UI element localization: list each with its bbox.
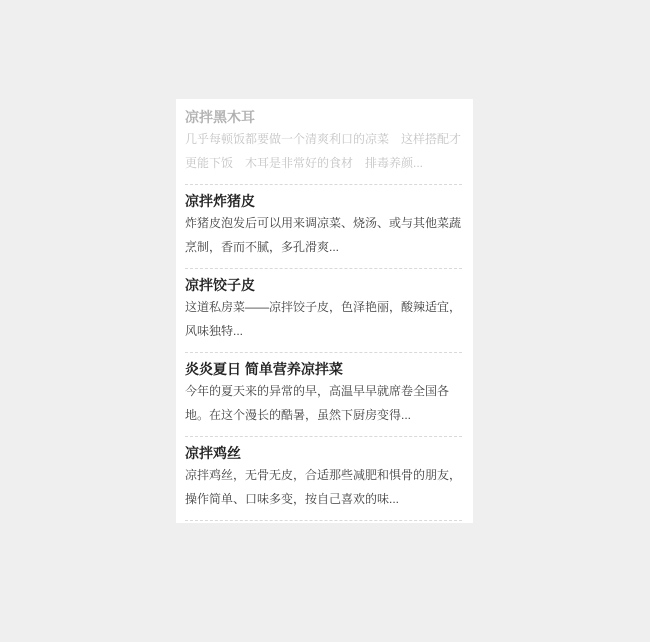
article-title: 凉拌黑木耳 xyxy=(185,107,462,127)
article-summary: 今年的夏天来的异常的早，高温早早就席卷全国各地。在这个漫长的酷暑，虽然下厨房变得… xyxy=(185,379,462,427)
article-item[interactable]: 凉拌鸡丝 凉拌鸡丝，无骨无皮，合适那些减肥和惧骨的朋友，操作简单、口味多变，按自… xyxy=(185,437,462,521)
article-item[interactable]: 凉拌黑木耳 几乎每顿饭都要做一个清爽利口的凉菜 这样搭配才更能下饭 木耳是非常好… xyxy=(185,101,462,185)
article-title: 凉拌饺子皮 xyxy=(185,275,462,295)
article-item[interactable]: 炎炎夏日 简单营养凉拌菜 今年的夏天来的异常的早，高温早早就席卷全国各地。在这个… xyxy=(185,353,462,437)
recipe-article-list-card: 凉拌黑木耳 几乎每顿饭都要做一个清爽利口的凉菜 这样搭配才更能下饭 木耳是非常好… xyxy=(176,99,473,523)
article-title: 凉拌鸡丝 xyxy=(185,443,462,463)
article-item[interactable]: 凉拌炸猪皮 炸猪皮泡发后可以用来调凉菜、烧汤、或与其他菜蔬烹制，香而不腻，多孔滑… xyxy=(185,185,462,269)
article-title: 炎炎夏日 简单营养凉拌菜 xyxy=(185,359,462,379)
article-summary: 炸猪皮泡发后可以用来调凉菜、烧汤、或与其他菜蔬烹制，香而不腻，多孔滑爽... xyxy=(185,211,462,259)
article-summary: 凉拌鸡丝，无骨无皮，合适那些减肥和惧骨的朋友，操作简单、口味多变，按自己喜欢的味… xyxy=(185,463,462,511)
article-title: 凉拌炸猪皮 xyxy=(185,191,462,211)
article-summary: 几乎每顿饭都要做一个清爽利口的凉菜 这样搭配才更能下饭 木耳是非常好的食材 排毒… xyxy=(185,127,462,175)
article-item[interactable]: 凉拌饺子皮 这道私房菜——凉拌饺子皮，色泽艳丽，酸辣适宜，风味独特... xyxy=(185,269,462,353)
article-summary: 这道私房菜——凉拌饺子皮，色泽艳丽，酸辣适宜，风味独特... xyxy=(185,295,462,343)
